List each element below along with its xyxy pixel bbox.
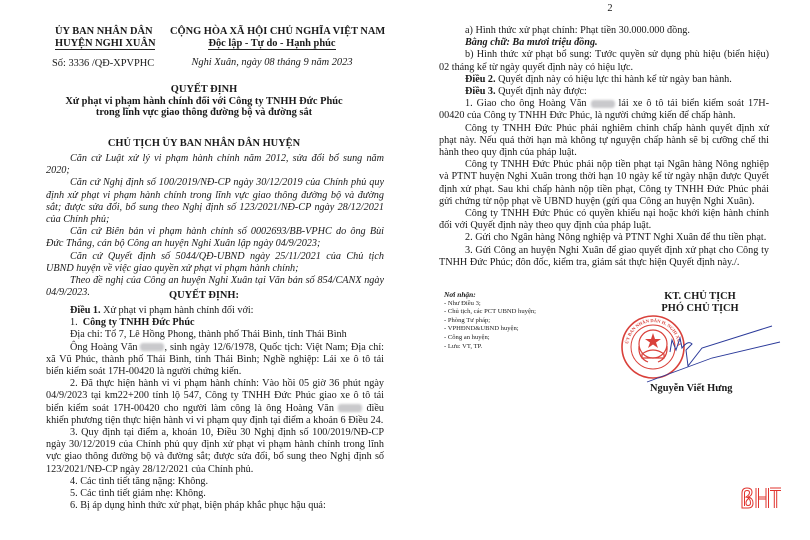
agency-name-line2: HUYỆN NGHI XUÂN — [55, 38, 151, 49]
national-title: CỘNG HÒA XÃ HỘI CHỦ NGHĨA VIỆT NAM — [170, 26, 374, 37]
aggravating-circumstances: 4. Các tình tiết tăng nặng: Không. — [46, 476, 384, 488]
page-number: 2 — [410, 3, 810, 14]
place-date: Nghi Xuân, ngày 08 tháng 9 năm 2023 — [170, 57, 374, 68]
decision-heading: QUYẾT ĐỊNH: — [0, 290, 408, 301]
article-3: Điều 3. Quyết định này được: — [439, 86, 769, 98]
signer-name: Nguyễn Viết Hưng — [650, 383, 732, 394]
recipient-item: - VPHĐND&UBND huyện; — [444, 325, 536, 334]
decision-subtitle-line2: trong lĩnh vực giao thông đường bộ và đư… — [0, 107, 408, 118]
penalty-measures: 6. Bị áp dụng hình thức xử phạt, biện ph… — [46, 500, 384, 512]
legal-basis-2: Căn cứ Nghị định số 100/2019/NĐ-CP ngày … — [46, 177, 384, 226]
compliance-note: Công ty TNHH Đức Phúc phải nghiêm chỉnh … — [439, 123, 769, 160]
legal-basis-3: Căn cứ Biên bản vi phạm hành chính số 00… — [46, 226, 384, 250]
additional-penalty: b) Hình thức xử phạt bổ sung: Tước quyền… — [439, 49, 769, 73]
bht-logo-icon — [740, 487, 782, 509]
decision-title: QUYẾT ĐỊNH — [0, 84, 408, 95]
signature-icon — [642, 320, 782, 390]
decision-subtitle-line1: Xử phạt vi phạm hành chính đối với Công … — [0, 96, 408, 107]
agency-name-line1: ỦY BAN NHÂN DÂN — [55, 26, 151, 37]
redacted-name — [338, 404, 362, 412]
violation-description: 2. Đã thực hiện hành vi vi phạm hành chí… — [46, 378, 384, 427]
recipient-item: - Phòng Tư pháp; — [444, 317, 536, 326]
redacted-name — [140, 343, 164, 351]
national-motto: Độc lập - Tự do - Hạnh phúc — [170, 38, 374, 49]
article-1: Điều 1. Xử phạt vi phạm hành chính đối v… — [46, 305, 384, 512]
company-name: Công ty TNHH Đức Phúc — [83, 317, 195, 328]
recipients-title: Nơi nhận: — [444, 291, 536, 300]
payment-note: Công ty TNHH Đức Phúc phải nộp tiền phạt… — [439, 159, 769, 208]
recipient-item: - Như Điều 3; — [444, 300, 536, 309]
legal-basis-4: Căn cứ Quyết định số 5044/QĐ-UBND ngày 2… — [46, 251, 384, 275]
main-penalty: a) Hình thức xử phạt chính: Phạt tiền 30… — [439, 25, 769, 37]
document-number: Số: 3336 /QĐ-XPVPHC — [52, 58, 154, 69]
issuing-authority: CHỦ TỊCH ỦY BAN NHÂN DÂN HUYỆN — [0, 138, 408, 149]
witness-info: Ông Hoàng Văn , sinh ngày 12/6/1978, Quố… — [46, 342, 384, 379]
page2-body: a) Hình thức xử phạt chính: Phạt tiền 30… — [439, 25, 769, 269]
penalty-in-words: Bằng chữ: Ba mươi triệu đồng. — [439, 37, 769, 49]
signer-title-2: PHÓ CHỦ TỊCH — [630, 303, 770, 314]
appeal-note: Công ty TNHH Đức Phúc có quyền khiếu nại… — [439, 208, 769, 232]
delivery-3: 3. Gửi Công an huyện Nghi Xuân để giao q… — [439, 245, 769, 269]
delivery-2: 2. Gửi cho Ngân hàng Nông nghiệp và PTNT… — [439, 232, 769, 244]
recipients-block: Nơi nhận: - Như Điều 3; - Chủ tịch, các … — [444, 291, 536, 351]
regulation-reference: 3. Quy định tại điểm a, khoản 10, Điều 3… — [46, 427, 384, 476]
article-2: Điều 2. Quyết định này có hiệu lực thi h… — [439, 74, 769, 86]
document-page-2: 2 a) Hình thức xử phạt chính: Phạt tiền … — [410, 0, 810, 540]
mitigating-circumstances: 5. Các tình tiết giảm nhẹ: Không. — [46, 488, 384, 500]
signer-title-1: KT. CHỦ TỊCH — [630, 291, 770, 302]
legal-basis-1: Căn cứ Luật xử lý vi phạm hành chính năm… — [46, 153, 384, 177]
delivery-1: 1. Giao cho ông Hoàng Văn lái xe ô tô tả… — [439, 98, 769, 122]
recipient-item: - Công an huyện; — [444, 334, 536, 343]
document-page-1: ỦY BAN NHÂN DÂN HUYỆN NGHI XUÂN Số: 3336… — [0, 0, 408, 540]
legal-basis-list: Căn cứ Luật xử lý vi phạm hành chính năm… — [46, 153, 384, 299]
recipient-item: - Chủ tịch, các PCT UBND huyện; — [444, 308, 536, 317]
recipient-item: - Lưu: VT, TP. — [444, 343, 536, 352]
redacted-name — [591, 100, 615, 108]
company-address: Địa chỉ: Tổ 7, Lê Hồng Phong, thành phố … — [46, 329, 384, 341]
